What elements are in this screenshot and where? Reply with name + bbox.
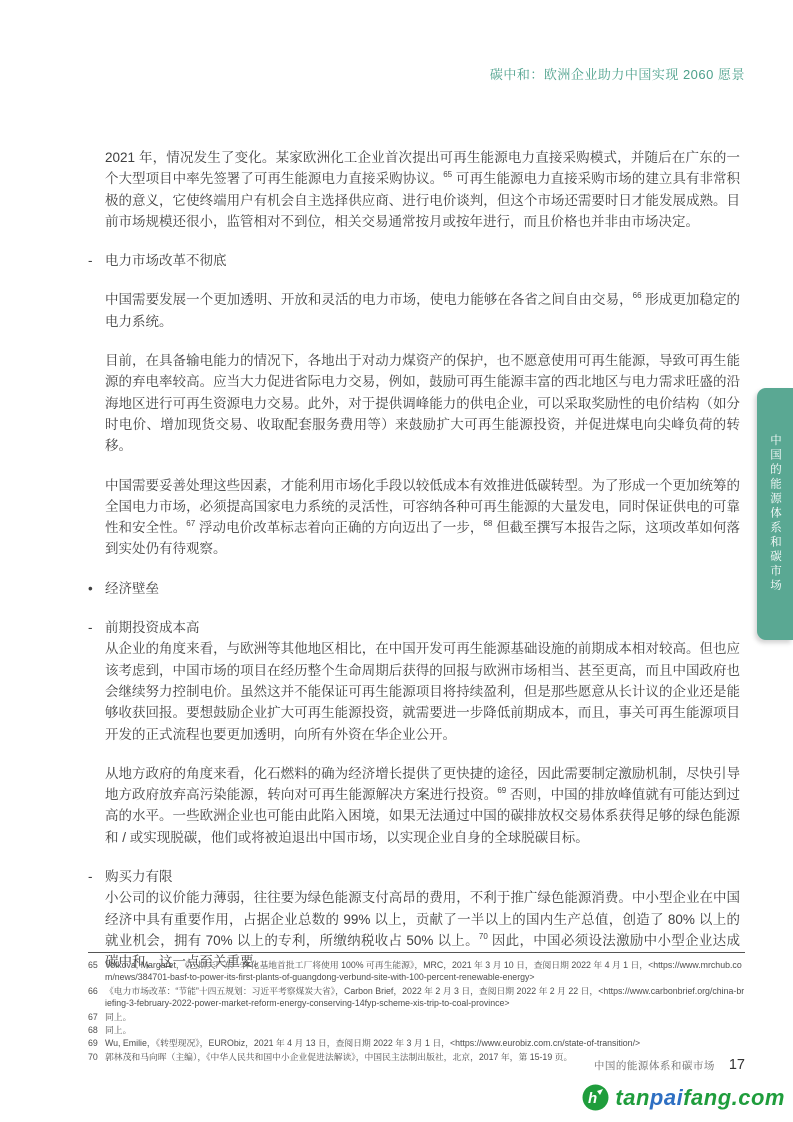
footnote-text: Wu, Emilie，《转型现况》，EURObiz，2021 年 4 月 13 … — [105, 1037, 745, 1049]
list-item-title: 电力市场改革不彻底 — [105, 250, 740, 271]
tanpaifang-logo-text: tanpaifang.com — [615, 1085, 785, 1111]
list-item-body: 电力市场改革不彻底 — [105, 250, 740, 271]
footnote-text: 《电力市场改革：“节能”十四五规划：习近平考察煤炭大省》，Carbon Brie… — [105, 985, 745, 1010]
dash-marker: - — [88, 250, 105, 271]
footnote-reference-66: 66 — [633, 291, 642, 300]
footer-section-title: 中国的能源体系和碳市场 — [594, 1058, 715, 1073]
document-page: 碳中和：欧洲企业助力中国实现 2060 愿景 2021 年，情况发生了变化。某家… — [0, 0, 793, 1122]
footnote-number: 70 — [88, 1051, 105, 1063]
footnotes-section: 65Volkova, Margaret，《巴斯夫广东一体化基地首批工厂将使用 1… — [88, 952, 745, 1064]
list-item: •经济壁垒 — [88, 578, 740, 599]
list-item-body: 前期投资成本高从企业的角度来看，与欧洲等其他地区相比，在中国开发可再生能源基础设… — [105, 617, 740, 745]
body-paragraph: 中国需要妥善处理这些因素，才能利用市场化手段以较低成本有效推进低碳转型。为了形成… — [88, 475, 740, 560]
section-side-tab-label: 中国的能源体系和碳市场 — [767, 434, 783, 594]
list-item-paragraph: 从企业的角度来看，与欧洲等其他地区相比，在中国开发可再生能源基础设施的前期成本相… — [105, 638, 740, 744]
footnote-item: 68同上。 — [88, 1024, 745, 1036]
body-text-segment: 从企业的角度来看，与欧洲等其他地区相比，在中国开发可再生能源基础设施的前期成本相… — [105, 641, 740, 741]
body-paragraph: 中国需要发展一个更加透明、开放和灵活的电力市场，使电力能够在各省之间自由交易，6… — [88, 289, 740, 332]
footnote-reference-70: 70 — [479, 932, 488, 941]
body-paragraph: 目前，在具备输电能力的情况下，各地出于对动力煤资产的保护，也不愿意使用可再生能源… — [88, 350, 740, 456]
footnote-list: 65Volkova, Margaret，《巴斯夫广东一体化基地首批工厂将使用 1… — [88, 959, 745, 1063]
footer-page-number: 17 — [729, 1057, 745, 1073]
bullet-marker: • — [88, 578, 105, 599]
page-footer: 中国的能源体系和碳市场 17 — [594, 1057, 745, 1073]
logo-text-part1: tan — [615, 1085, 650, 1110]
section-side-tab: 中国的能源体系和碳市场 — [757, 388, 793, 640]
list-item-title: 经济壁垒 — [105, 578, 740, 599]
logo-text-part3: fang.com — [683, 1085, 785, 1110]
footnote-text: Volkova, Margaret，《巴斯夫广东一体化基地首批工厂将使用 100… — [105, 959, 745, 984]
footnote-number: 67 — [88, 1011, 105, 1023]
footnote-number: 69 — [88, 1037, 105, 1049]
body-text-segment: 中国需要发展一个更加透明、开放和灵活的电力市场，使电力能够在各省之间自由交易， — [105, 292, 633, 307]
tanpaifang-logo-icon: h — [582, 1084, 609, 1111]
body-paragraph: 2021 年，情况发生了变化。某家欧洲化工企业首次提出可再生能源电力直接采购模式… — [88, 147, 740, 232]
footnote-number: 68 — [88, 1024, 105, 1036]
footnote-number: 66 — [88, 985, 105, 1010]
list-item: -电力市场改革不彻底 — [88, 250, 740, 271]
page-header-title: 碳中和：欧洲企业助力中国实现 2060 愿景 — [490, 64, 745, 83]
footnote-item: 67同上。 — [88, 1011, 745, 1023]
footnote-reference-65: 65 — [443, 170, 452, 179]
body-text-segment: 浮动电价改革标志着向正确的方向迈出了一步， — [195, 520, 483, 535]
footnote-item: 69Wu, Emilie，《转型现况》，EURObiz，2021 年 4 月 1… — [88, 1037, 745, 1049]
tanpaifang-logo: h tanpaifang.com — [582, 1084, 785, 1111]
footnote-reference-67: 67 — [186, 519, 195, 528]
footnote-separator-line — [88, 952, 745, 953]
footnote-item: 65Volkova, Margaret，《巴斯夫广东一体化基地首批工厂将使用 1… — [88, 959, 745, 984]
body-content: 2021 年，情况发生了变化。某家欧洲化工企业首次提出可再生能源电力直接采购模式… — [88, 147, 740, 991]
list-item: -前期投资成本高从企业的角度来看，与欧洲等其他地区相比，在中国开发可再生能源基础… — [88, 617, 740, 745]
footnote-text: 同上。 — [105, 1024, 745, 1036]
logo-text-part2: pai — [650, 1085, 683, 1110]
footnote-reference-69: 69 — [497, 786, 506, 795]
dash-marker: - — [88, 617, 105, 745]
footnote-text: 同上。 — [105, 1011, 745, 1023]
footnote-number: 65 — [88, 959, 105, 984]
list-item-title: 前期投资成本高 — [105, 617, 740, 638]
list-item-title: 购买力有限 — [105, 866, 740, 887]
body-text-segment: 目前，在具备输电能力的情况下，各地出于对动力煤资产的保护，也不愿意使用可再生能源… — [105, 353, 740, 453]
body-paragraph: 从地方政府的角度来看，化石燃料的确为经济增长提供了更快捷的途径，因此需要制定激励… — [88, 763, 740, 848]
list-item-body: 经济壁垒 — [105, 578, 740, 599]
svg-text:h: h — [588, 1090, 597, 1107]
footnote-item: 66《电力市场改革：“节能”十四五规划：习近平考察煤炭大省》，Carbon Br… — [88, 985, 745, 1010]
